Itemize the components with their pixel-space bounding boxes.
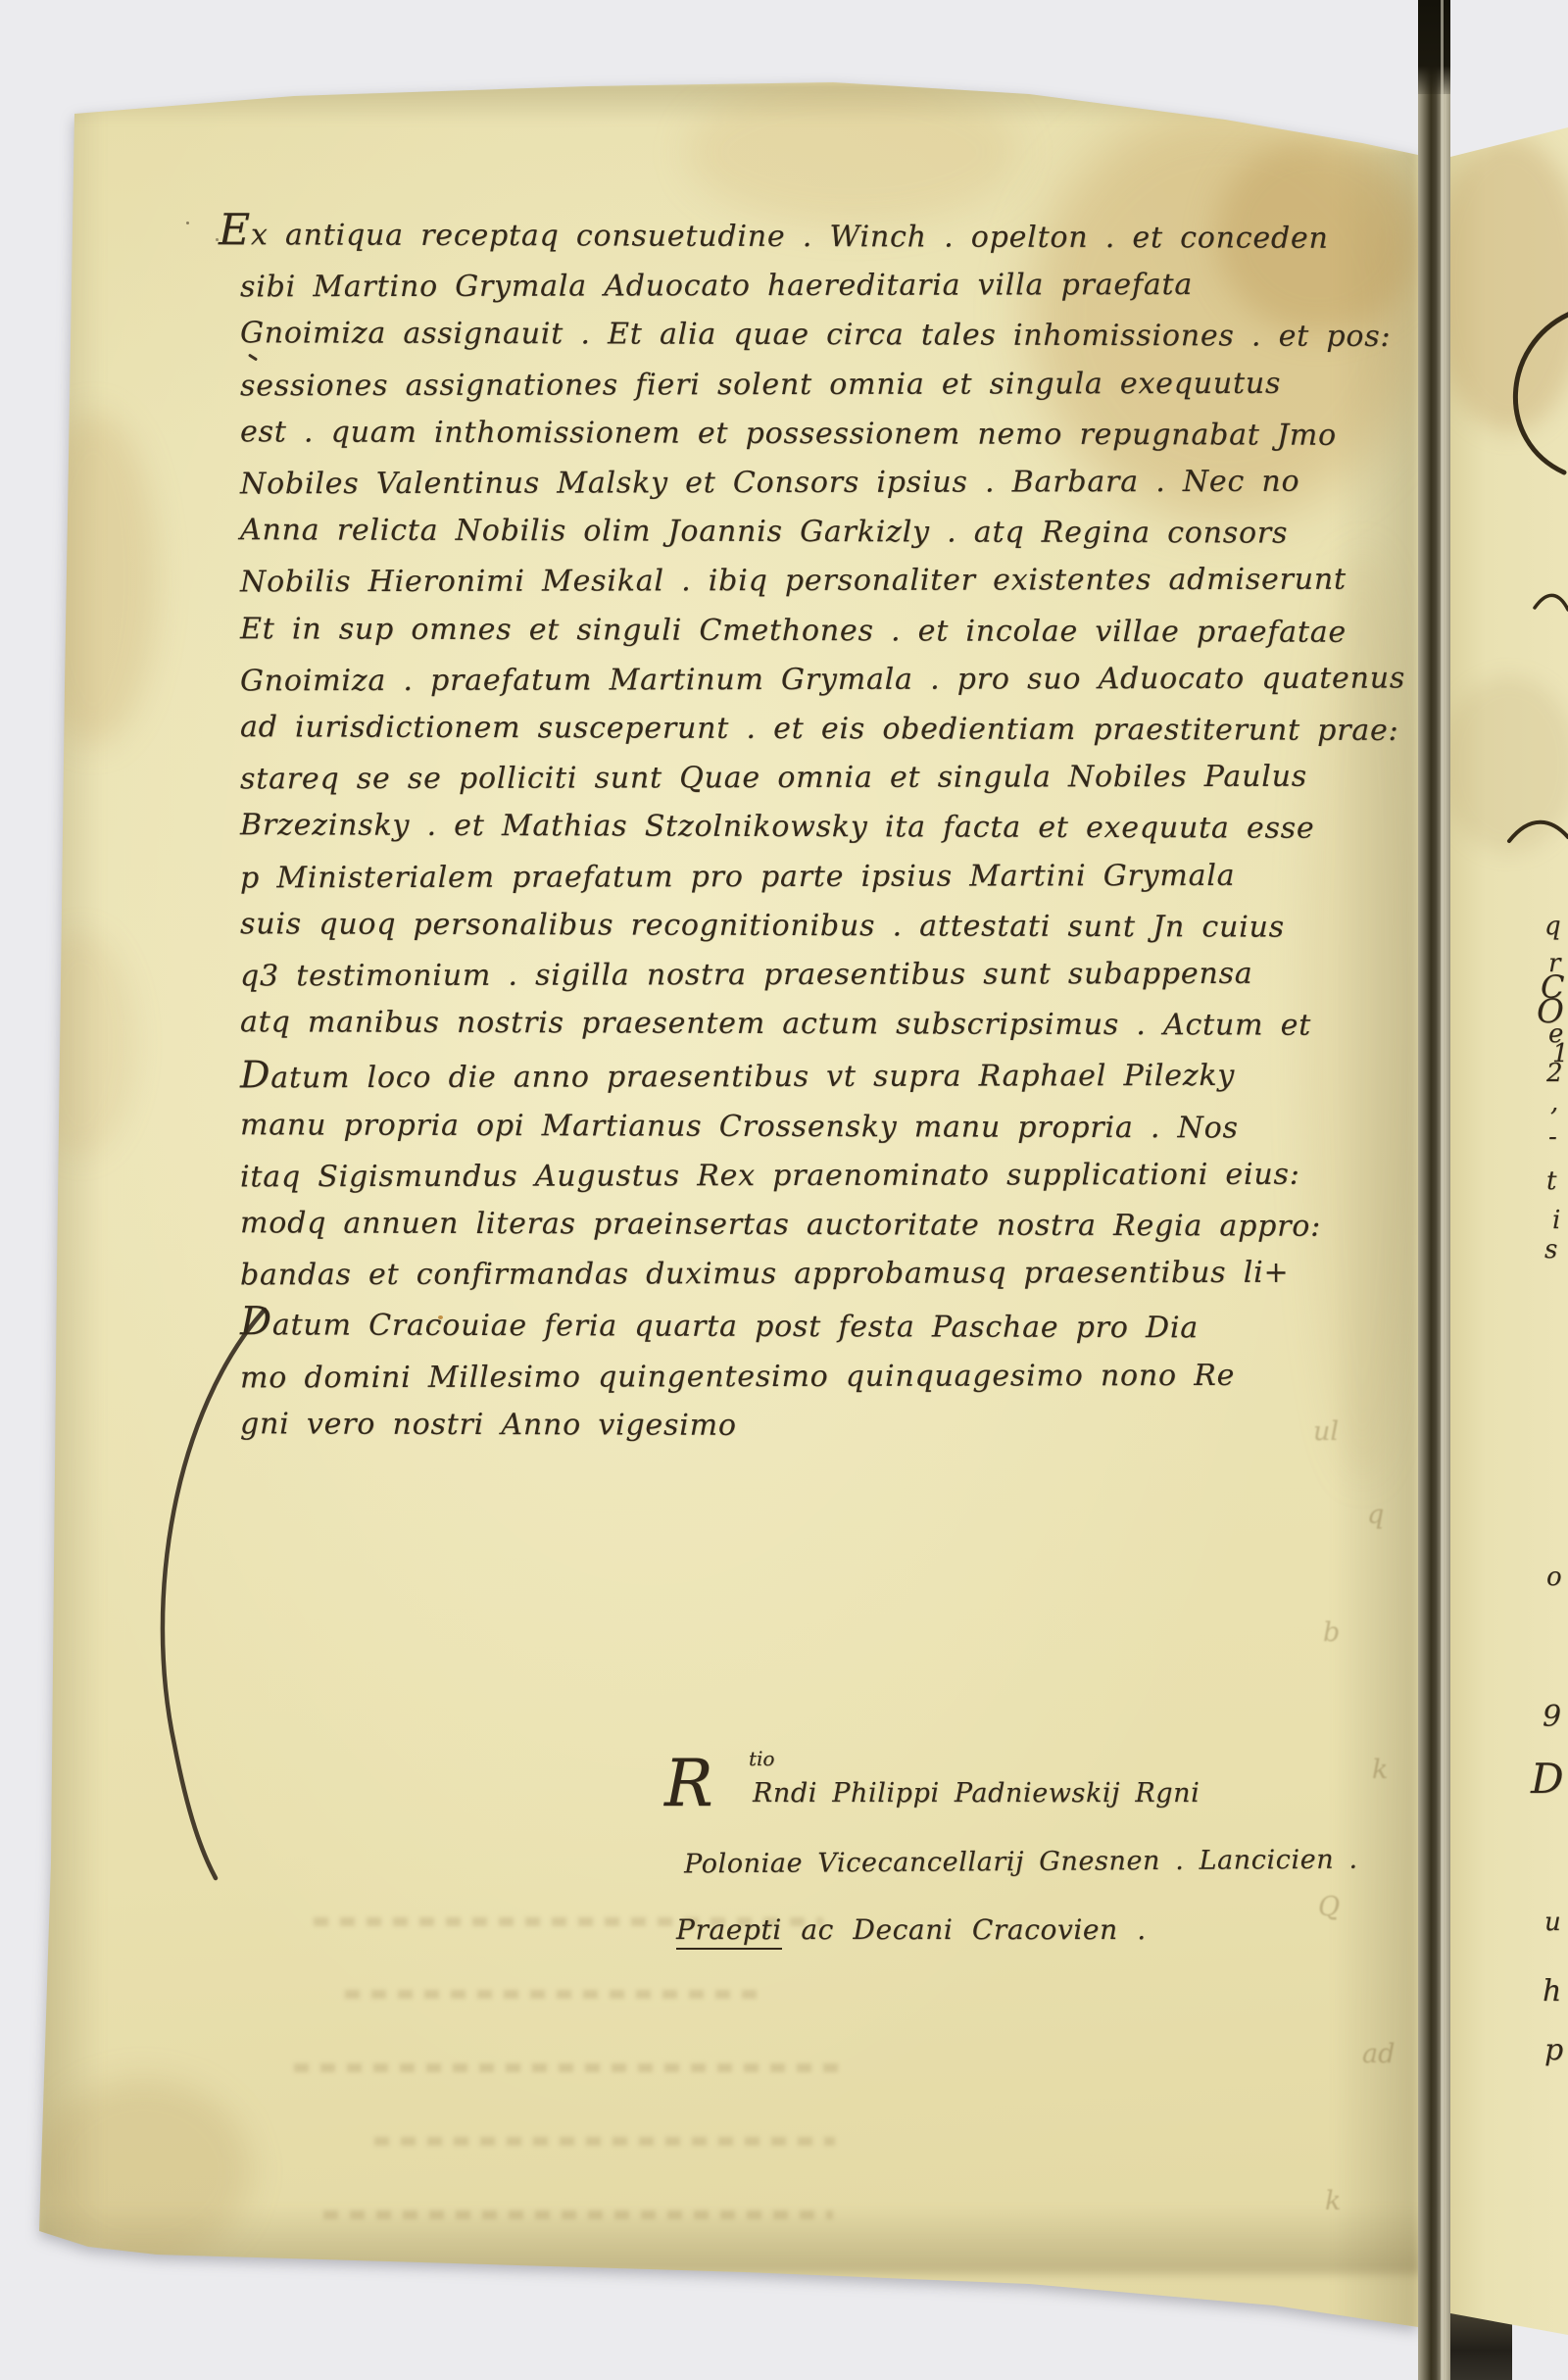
signature-block: R tio Rndi Philippi Padniewskij Rgni Pol… [647, 1753, 1313, 2008]
recto-text-fragment: , [1550, 1088, 1558, 1117]
manuscript-line: sibi Martino Grymala Aduocato haereditar… [240, 261, 1338, 313]
manuscript-line: p Ministerialem praefatum pro parte ipsi… [240, 851, 1338, 903]
page-right-edge-shading [1333, 147, 1419, 2333]
manuscript-line: gni vero nostri Anno vigesimo [240, 1400, 1338, 1453]
signature-line-3-underlined: Praepti [676, 1913, 782, 1950]
paper-speck [186, 222, 189, 224]
binding-gutter-highlight [1441, 0, 1444, 2380]
recto-text-fragment: q [1544, 912, 1561, 941]
signature-line-3: Praepti ac Decani Cracovien . [676, 1913, 1147, 1946]
manuscript-line: itaq Sigismundus Augustus Rex praenomina… [240, 1150, 1338, 1202]
manuscript-line: mo domini Millesimo quingentesimo quinqu… [240, 1351, 1338, 1403]
page-top-edge-shading [69, 82, 1421, 124]
recto-text-fragment: p [1544, 2033, 1563, 2067]
manuscript-text-block: Ex antiqua receptaq consuetudine . Winch… [240, 208, 1338, 1451]
paper-speck [216, 238, 219, 241]
manuscript-line: Gnoimiza . praefatum Martinum Grymala . … [240, 654, 1338, 706]
manuscript-line: sessiones assignationes fieri solent omn… [240, 359, 1338, 411]
binding-gutter [1418, 0, 1450, 2380]
recto-text-fragment: D [1531, 1755, 1564, 1803]
manuscript-line: atq manibus nostris praesentem actum sub… [240, 998, 1338, 1051]
manuscript-page-shadow: Ex antiqua receptaq consuetudine . Winch… [0, 0, 1568, 2380]
recto-text-fragment: - [1548, 1122, 1557, 1152]
recto-text-fragment: 9 [1543, 1700, 1561, 1734]
manuscript-line: ad iurisdictionem susceperunt . et eis o… [240, 703, 1338, 756]
manuscript-line: manu propria opi Martianus Crossensky ma… [240, 1101, 1338, 1154]
manuscript-line: Nobilis Hieronimi Mesikal . ibiq persona… [240, 556, 1338, 608]
page-left-edge-shading [33, 108, 102, 2245]
manuscript-line: Nobiles Valentinus Malsky et Consors ips… [240, 458, 1338, 510]
manuscript-line: est . quam inthomissionem et possessione… [240, 408, 1338, 461]
recto-text-fragment: 2 [1546, 1059, 1563, 1088]
recto-text-fragment: o [1546, 1562, 1562, 1592]
manuscript-line: modq annuen literas praeinsertas auctori… [240, 1199, 1338, 1252]
signature-line-1: Rndi Philippi Padniewskij Rgni [753, 1778, 1200, 1809]
manuscript-line: Anna relicta Nobilis olim Joannis Garkiz… [240, 506, 1338, 559]
signature-initial: R [664, 1755, 713, 1813]
manuscript-line: q3 testimonium . sigilla nostra praesent… [240, 950, 1338, 1002]
recto-text-fragment: h [1543, 1974, 1561, 2008]
manuscript-line: stareq se se polliciti sunt Quae omnia e… [240, 753, 1338, 805]
orange-fleck [438, 1315, 443, 1319]
binding-gutter-top-dark [1418, 0, 1450, 94]
manuscript-line: Datum loco die anno praesentibus vt supr… [240, 1048, 1338, 1104]
manuscript-line: Et in sup omnes et singuli Cmethones . e… [240, 605, 1338, 658]
manuscript-line: suis quoq personalibus recognitionibus .… [240, 900, 1338, 953]
manuscript-line: bandas et confirmandas duximus approbamu… [240, 1249, 1338, 1301]
signature-superscript: tio [749, 1747, 774, 1770]
signature-line-2: Poloniae Vicecancellarij Gnesnen . Lanci… [684, 1845, 1358, 1880]
scan-background: { "manuscript": { "lines": [ "Ex antiqua… [0, 0, 1568, 2380]
recto-text-fragment: s [1544, 1235, 1557, 1264]
next-page-edge: q r C O e 1 2 , - t i s o 9 D u h p [1450, 127, 1568, 2335]
manuscript-line: Gnoimiza assignauit . Et alia quae circa… [240, 310, 1338, 363]
manuscript-line: Brzezinsky . et Mathias Stzolnikowsky it… [240, 802, 1338, 855]
manuscript-line: Ex antiqua receptaq consuetudine . Winch… [219, 206, 1338, 264]
recto-text-fragment: t [1546, 1166, 1556, 1196]
manuscript-line: Datum Cracouiae feria quarta post festa … [240, 1298, 1338, 1355]
recto-flourish-stroke [1450, 804, 1568, 863]
manuscript-page: Ex antiqua receptaq consuetudine . Winch… [0, 0, 1450, 2380]
recto-large-initial-stroke [1450, 294, 1568, 627]
recto-text-fragment: i [1552, 1206, 1560, 1235]
signature-line-3-rest: ac Decani Cracovien . [801, 1913, 1146, 1946]
recto-text-fragment: u [1544, 1908, 1561, 1937]
